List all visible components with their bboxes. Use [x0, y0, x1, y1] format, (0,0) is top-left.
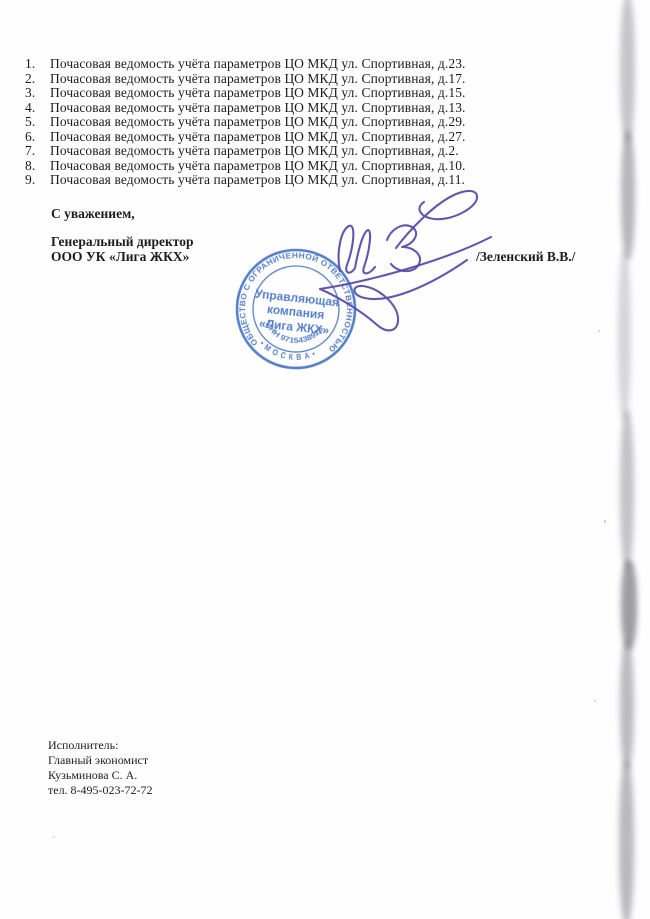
scan-speck — [594, 700, 596, 702]
attachment-item-text: Почасовая ведомость учёта параметров ЦО … — [50, 130, 495, 145]
attachment-item-number: 4. — [25, 101, 50, 116]
attachment-list-item: 6. Почасовая ведомость учёта параметров … — [25, 130, 495, 145]
signature-stroke-z — [387, 225, 420, 271]
executor-name: Кузьминова С. А. — [48, 768, 153, 783]
attachment-list-item: 2. Почасовая ведомость учёта параметров … — [25, 72, 495, 87]
attachment-list-item: 8. Почасовая ведомость учёта параметров … — [25, 159, 495, 174]
attachment-item-number: 1. — [25, 57, 50, 72]
scan-smudge — [620, 640, 634, 770]
signature-stroke-flourish — [320, 237, 491, 330]
attachment-item-number: 7. — [25, 144, 50, 159]
handwritten-signature — [300, 180, 500, 345]
attachment-item-number: 6. — [25, 130, 50, 145]
attachment-list-item: 3. Почасовая ведомость учёта параметров … — [25, 86, 495, 101]
executor-label: Исполнитель: — [48, 738, 153, 753]
scan-smudge — [620, 0, 635, 144]
signer-title-line1: Генеральный директор — [51, 234, 193, 249]
attachment-list-item: 5. Почасовая ведомость учёта параметров … — [25, 115, 495, 130]
attachment-item-text: Почасовая ведомость учёта параметров ЦО … — [50, 86, 495, 101]
signature-stroke-upper-loop — [396, 191, 477, 248]
executor-block: Исполнитель: Главный экономист Кузьминов… — [48, 738, 153, 798]
scan-smudge — [618, 250, 631, 420]
attachment-item-number: 2. — [25, 72, 50, 87]
scan-speck — [604, 520, 606, 523]
signature-stroke-left-letters — [339, 226, 375, 274]
scan-speck — [598, 330, 600, 332]
attachment-item-text: Почасовая ведомость учёта параметров ЦО … — [50, 57, 495, 72]
attachment-item-text: Почасовая ведомость учёта параметров ЦО … — [50, 101, 495, 116]
attachment-item-text: Почасовая ведомость учёта параметров ЦО … — [50, 144, 495, 159]
scan-speck — [52, 836, 55, 838]
attachment-item-number: 3. — [25, 86, 50, 101]
attachment-list-item: 4. Почасовая ведомость учёта параметров … — [25, 101, 495, 116]
scan-smudge — [620, 410, 634, 570]
attachment-list: 1. Почасовая ведомость учёта параметров … — [25, 57, 495, 188]
scanned-letter-page: { "theme": { "text_color": "#1d1d1f", "s… — [0, 0, 650, 919]
signature-svg — [300, 180, 500, 345]
attachment-item-text: Почасовая ведомость учёта параметров ЦО … — [50, 72, 495, 87]
attachment-item-number: 5. — [25, 115, 50, 130]
executor-phone: тел. 8-495-023-72-72 — [48, 783, 153, 798]
attachment-item-text: Почасовая ведомость учёта параметров ЦО … — [50, 115, 495, 130]
scan-smudge — [621, 560, 637, 650]
attachment-item-text: Почасовая ведомость учёта параметров ЦО … — [50, 159, 495, 174]
scan-smudge — [619, 760, 634, 919]
attachment-item-number: 9. — [25, 173, 50, 188]
signer-title-block: Генеральный директор ООО УК «Лига ЖКХ» — [51, 234, 193, 264]
attachment-item-number: 8. — [25, 159, 50, 174]
scanner-edge-artifact — [612, 0, 650, 919]
executor-position: Главный экономист — [48, 753, 153, 768]
scan-smudge — [621, 130, 635, 260]
signer-title-line2: ООО УК «Лига ЖКХ» — [51, 249, 193, 264]
attachment-list-item: 7. Почасовая ведомость учёта параметров … — [25, 144, 495, 159]
attachment-list-item: 1. Почасовая ведомость учёта параметров … — [25, 57, 495, 72]
closing-salutation: С уважением, — [51, 206, 135, 222]
